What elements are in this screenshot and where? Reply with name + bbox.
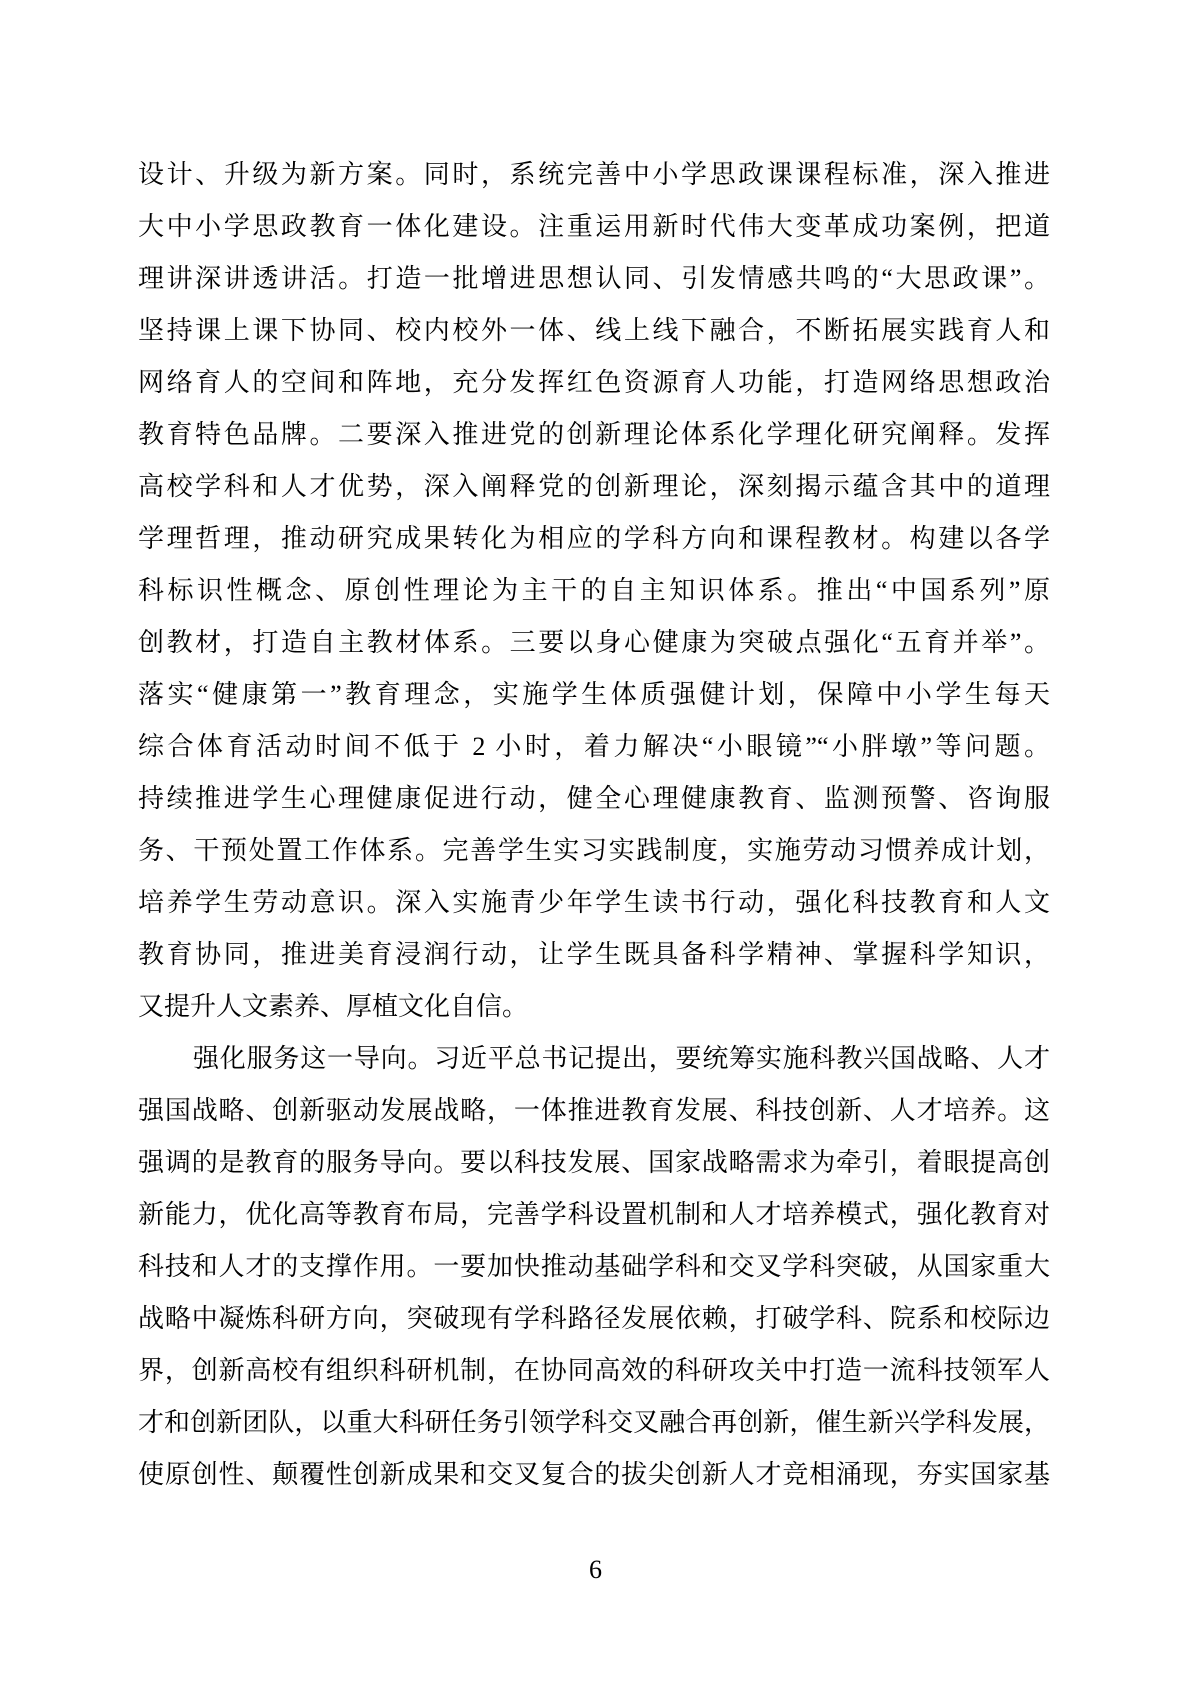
text-line: 持续推进学生心理健康促进行动，健全心理健康教育、监测预警、咨询服 [138,773,1050,825]
text-line: 教育特色品牌。二要深入推进党的创新理论体系化学理化研究阐释。发挥 [138,409,1050,461]
text-line: 强调的是教育的服务导向。要以科技发展、国家战略需求为牵引，着眼提高创 [138,1137,1050,1189]
text-line: 培养学生劳动意识。深入实施青少年学生读书行动，强化科技教育和人文 [138,877,1050,929]
text-line: 学理哲理，推动研究成果转化为相应的学科方向和课程教材。构建以各学 [138,513,1050,565]
text-line: 坚持课上课下协同、校内校外一体、线上线下融合，不断拓展实践育人和 [138,305,1050,357]
text-line: 新能力，优化高等教育布局，完善学科设置机制和人才培养模式，强化教育对 [138,1189,1050,1241]
text-line: 创教材，打造自主教材体系。三要以身心健康为突破点强化“五育并举”。 [138,617,1050,669]
text-line: 才和创新团队，以重大科研任务引领学科交叉融合再创新，催生新兴学科发展， [138,1397,1050,1449]
document-page: 设计、升级为新方案。同时，系统完善中小学思政课课程标准，深入推进大中小学思政教育… [0,0,1191,1684]
text-line: 教育协同，推进美育浸润行动，让学生既具备科学精神、掌握科学知识， [138,929,1050,981]
text-line: 使原创性、颠覆性创新成果和交叉复合的拔尖创新人才竞相涌现，夯实国家基 [138,1449,1050,1501]
text-line: 又提升人文素养、厚植文化自信。 [138,981,1050,1033]
page-number: 6 [589,1555,602,1584]
document-body: 设计、升级为新方案。同时，系统完善中小学思政课课程标准，深入推进大中小学思政教育… [138,149,1050,1501]
text-line: 综合体育活动时间不低于 2 小时，着力解决“小眼镜”“小胖墩”等问题。 [138,721,1050,773]
paragraph: 设计、升级为新方案。同时，系统完善中小学思政课课程标准，深入推进大中小学思政教育… [138,149,1050,1033]
paragraph: 强化服务这一导向。习近平总书记提出，要统筹实施科教兴国战略、人才强国战略、创新驱… [138,1033,1050,1501]
text-line: 科标识性概念、原创性理论为主干的自主知识体系。推出“中国系列”原 [138,565,1050,617]
text-line: 落实“健康第一”教育理念，实施学生体质强健计划，保障中小学生每天 [138,669,1050,721]
page-footer: 6 [0,1552,1191,1588]
text-line: 设计、升级为新方案。同时，系统完善中小学思政课课程标准，深入推进 [138,149,1050,201]
text-line: 高校学科和人才优势，深入阐释党的创新理论，深刻揭示蕴含其中的道理 [138,461,1050,513]
text-line: 战略中凝炼科研方向，突破现有学科路径发展依赖，打破学科、院系和校际边 [138,1293,1050,1345]
text-line: 强化服务这一导向。习近平总书记提出，要统筹实施科教兴国战略、人才 [138,1033,1050,1085]
text-line: 务、干预处置工作体系。完善学生实习实践制度，实施劳动习惯养成计划， [138,825,1050,877]
text-line: 网络育人的空间和阵地，充分发挥红色资源育人功能，打造网络思想政治 [138,357,1050,409]
text-line: 科技和人才的支撑作用。一要加快推动基础学科和交叉学科突破，从国家重大 [138,1241,1050,1293]
text-line: 理讲深讲透讲活。打造一批增进思想认同、引发情感共鸣的“大思政课”。 [138,253,1050,305]
text-line: 大中小学思政教育一体化建设。注重运用新时代伟大变革成功案例，把道 [138,201,1050,253]
text-line: 界，创新高校有组织科研机制，在协同高效的科研攻关中打造一流科技领军人 [138,1345,1050,1397]
text-line: 强国战略、创新驱动发展战略，一体推进教育发展、科技创新、人才培养。这 [138,1085,1050,1137]
